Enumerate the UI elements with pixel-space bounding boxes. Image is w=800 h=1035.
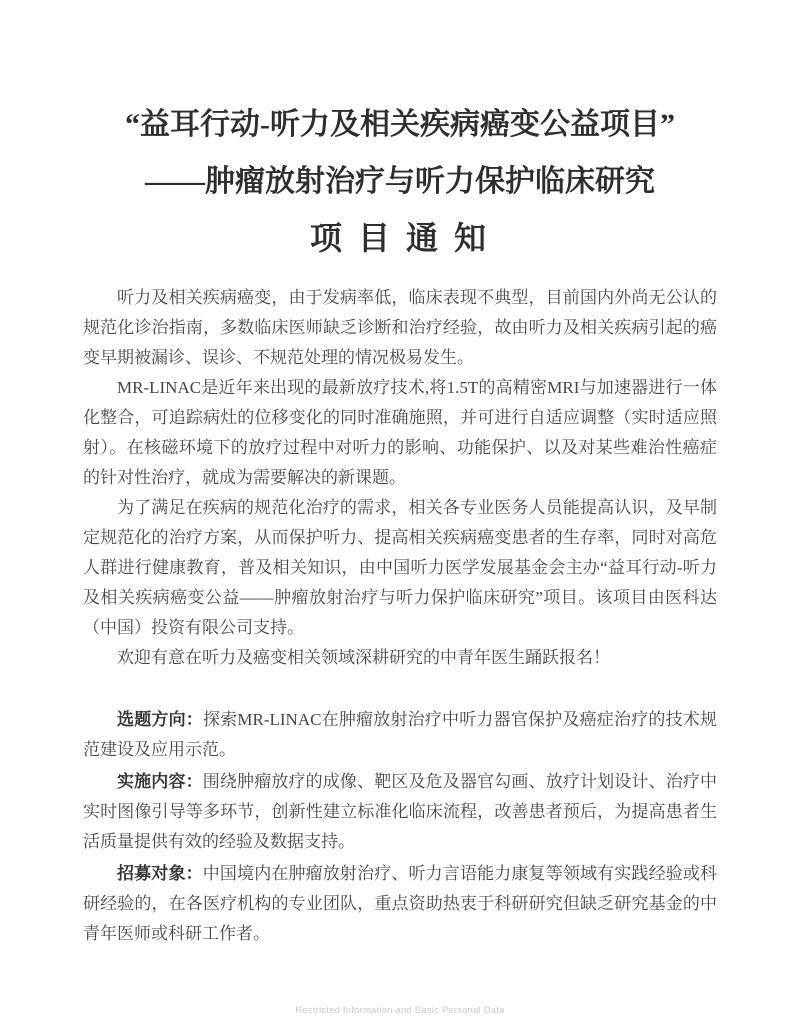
- section-label-topic-direction: 选题方向：: [117, 710, 203, 729]
- paragraph-welcome: 欢迎有意在听力及癌变相关领域深耕研究的中青年医生踊跃报名！: [83, 643, 717, 673]
- paragraph-background: 听力及相关疾病癌变，由于发病率低，临床表现不典型，目前国内外尚无公认的规范化诊治…: [83, 283, 717, 373]
- section-gap: [83, 673, 717, 703]
- paragraph-mr-linac: MR-LINAC是近年来出现的最新放疗技术,将1.5T的高精密MRI与加速器进行…: [83, 373, 717, 493]
- section-topic-direction: 选题方向：探索MR-LINAC在肿瘤放射治疗中听力器官保护及癌症治疗的技术规范建…: [83, 705, 717, 765]
- document-body: 听力及相关疾病癌变，由于发病率低，临床表现不典型，目前国内外尚无公认的规范化诊治…: [0, 267, 800, 949]
- section-label-implementation-content: 实施内容：: [117, 772, 203, 791]
- title-line-subtitle: ——肿瘤放射治疗与听力保护临床研究: [0, 153, 800, 210]
- title-line-project-name: “益耳行动-听力及相关疾病癌变公益项目”: [0, 96, 800, 153]
- document-page: “益耳行动-听力及相关疾病癌变公益项目” ——肿瘤放射治疗与听力保护临床研究 项…: [0, 0, 800, 1035]
- paragraph-project-purpose: 为了满足在疾病的规范化治疗的需求，相关各专业医务人员能提高认识，及早制定规范化的…: [83, 493, 717, 643]
- document-title-block: “益耳行动-听力及相关疾病癌变公益项目” ——肿瘤放射治疗与听力保护临床研究 项…: [0, 0, 800, 267]
- footer-restricted-notice: Restricted Information and Basic Persona…: [0, 1005, 800, 1016]
- section-recruitment-target: 招募对象：中国境内在肿瘤放射治疗、听力言语能力康复等领域有实践经验或科研经验的，…: [83, 859, 717, 949]
- section-label-recruitment-target: 招募对象：: [117, 864, 203, 883]
- section-implementation-content: 实施内容：围绕肿瘤放疗的成像、靶区及危及器官勾画、放疗计划设计、治疗中实时图像引…: [83, 767, 717, 857]
- title-line-notice: 项 目 通 知: [0, 210, 800, 267]
